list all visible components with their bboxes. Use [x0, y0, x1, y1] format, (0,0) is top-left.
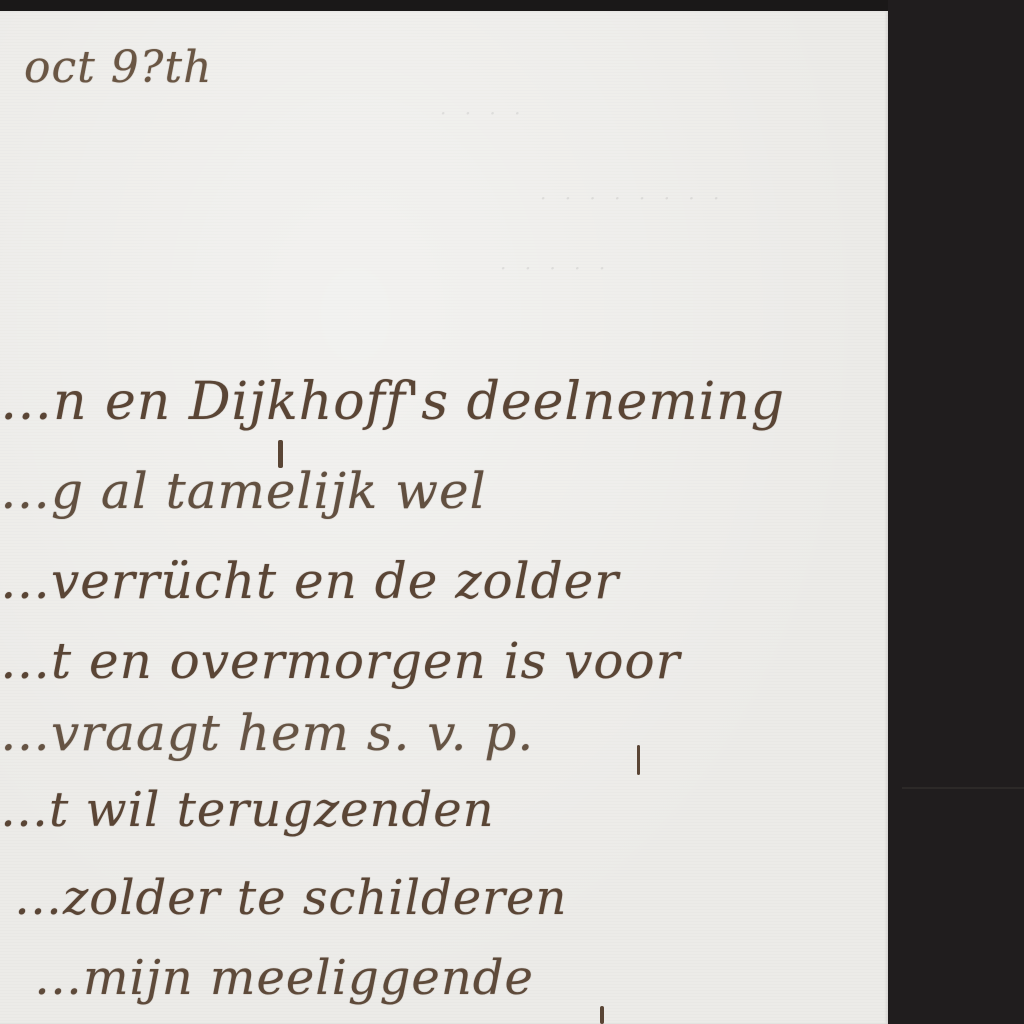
- dateline: oct 9?th: [24, 42, 212, 93]
- scanned-letter: · · · · · · · · · · · · · · · · · oct 9?…: [0, 0, 1024, 1024]
- ink-descender: [278, 440, 283, 468]
- handwritten-line-4: …t en overmorgen is voor: [0, 632, 681, 690]
- handwritten-line-6: …t wil terugzenden: [0, 782, 495, 838]
- handwritten-line-2: …g al tamelijk wel: [0, 462, 487, 520]
- show-through-text: · · · · ·: [500, 256, 611, 280]
- handwritten-line-8: …mijn meeliggende: [34, 950, 534, 1006]
- scan-border-right: [888, 0, 1024, 1024]
- handwritten-line-5: …vraagt hem s. v. p.: [0, 704, 534, 762]
- scan-border-top: [0, 0, 1024, 11]
- ink-descender: [600, 1006, 604, 1024]
- ink-descender: [637, 745, 640, 775]
- handwritten-line-1: …n en Dijkhoff's deelneming: [0, 372, 785, 432]
- handwritten-line-7: …zolder te schilderen: [14, 870, 567, 926]
- handwritten-line-3: …verrücht en de zolder: [0, 552, 619, 610]
- show-through-text: · · · ·: [440, 101, 527, 125]
- background-crease: [902, 787, 1024, 789]
- show-through-text: · · · · · · · ·: [540, 186, 725, 210]
